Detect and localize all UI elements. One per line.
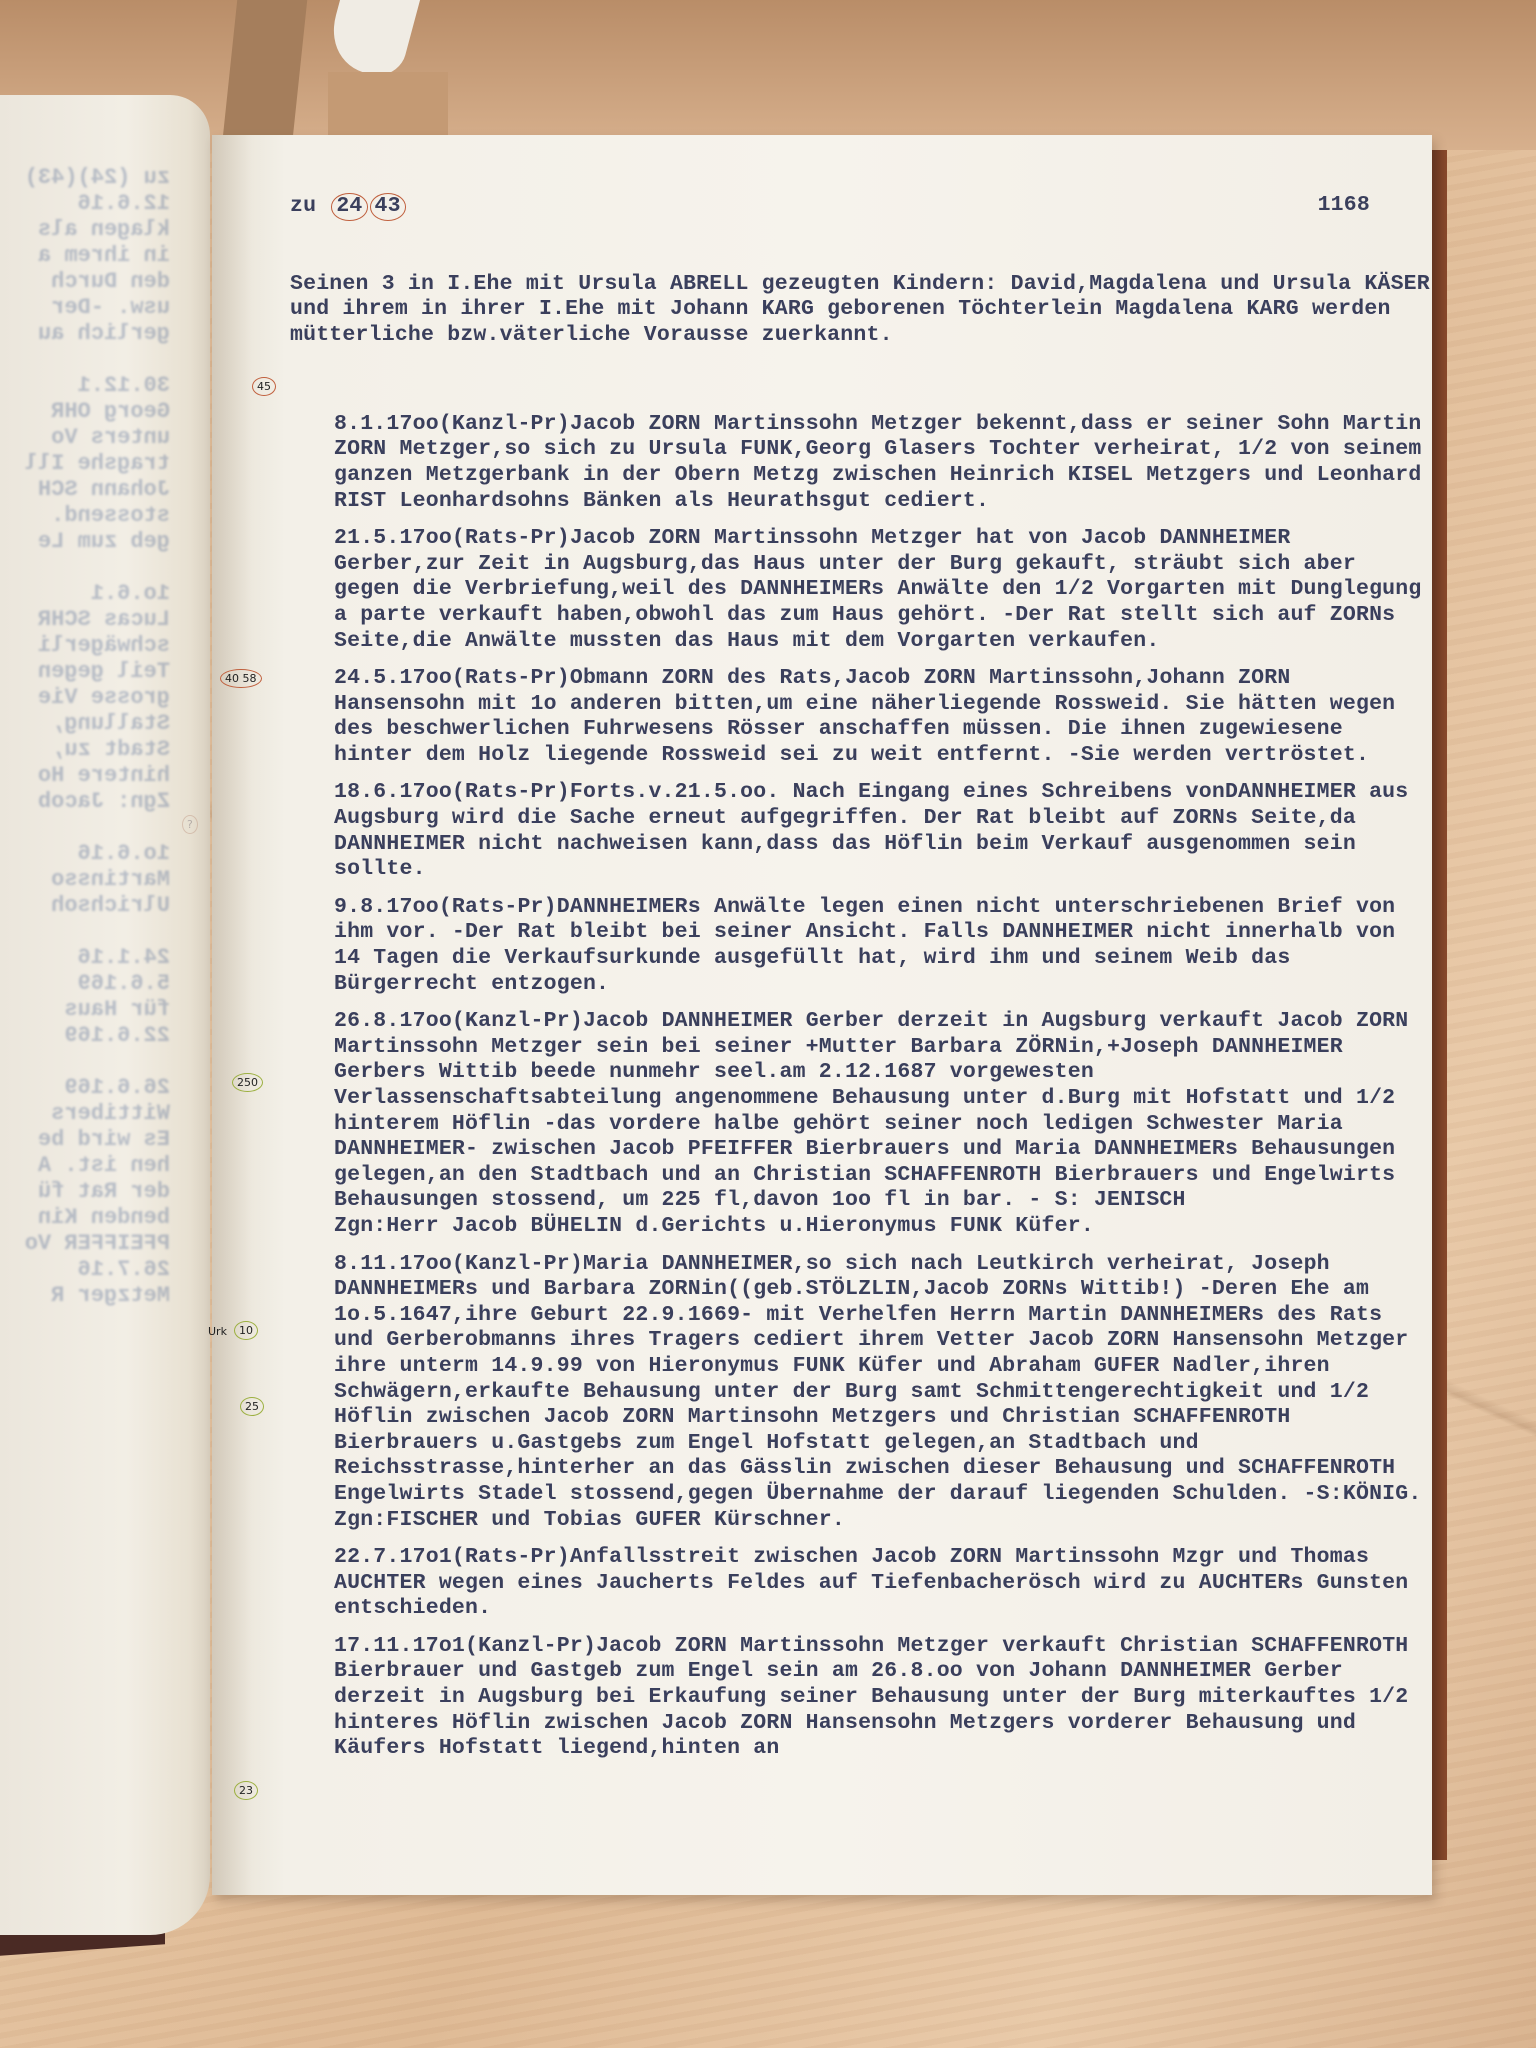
entry-date: 9.8.17oo — [334, 895, 439, 919]
ledger-entry: 22.7.17o1(Rats-Pr)Anfallsstreit zwischen… — [290, 1545, 1430, 1622]
book-tabs — [220, 0, 430, 140]
margin-note: 25 — [240, 1397, 264, 1416]
tab-divider-tan — [328, 72, 448, 138]
reference-number-circled: 24 — [331, 193, 367, 221]
ledger-entry: 8.1.17oo(Kanzl-Pr)Jacob ZORN Martinssohn… — [290, 412, 1430, 514]
entry-source: (Kanzl-Pr) — [452, 1009, 583, 1033]
margin-note: 23 — [234, 1781, 258, 1800]
ledger-entry: 18.6.17oo(Rats-Pr)Forts.v.21.5.oo. Nach … — [290, 780, 1430, 882]
ledger-entry: 24.5.17oo(Rats-Pr)Obmann ZORN des Rats,J… — [290, 666, 1430, 768]
entry-source: (Rats-Pr) — [452, 780, 570, 804]
entry-date: 8.1.17oo — [334, 412, 439, 436]
entry-date: 24.5.17oo — [334, 666, 452, 690]
entry-date: 22.7.17o1 — [334, 1545, 452, 1569]
margin-note-prefix: Urk — [208, 1323, 227, 1340]
entry-source: (Kanzl-Pr) — [465, 1634, 596, 1658]
entry-date: 17.11.17o1 — [334, 1634, 465, 1658]
entry-text: 18.6.17oo(Rats-Pr)Forts.v.21.5.oo. Nach … — [290, 780, 1430, 882]
entry-body: Maria DANNHEIMER,so sich nach Leutkirch … — [334, 1252, 1421, 1532]
entry-source: (Rats-Pr) — [452, 666, 570, 690]
margin-note: 45 — [252, 377, 276, 396]
entry-text: 24.5.17oo(Rats-Pr)Obmann ZORN des Rats,J… — [290, 666, 1430, 768]
reference: zu 2443 — [290, 193, 406, 221]
entries-list: 8.1.17oo(Kanzl-Pr)Jacob ZORN Martinssohn… — [290, 412, 1430, 1762]
entry-source: (Rats-Pr) — [452, 526, 570, 550]
ledger-entry: 9.8.17oo(Rats-Pr)DANNHEIMERs Anwälte leg… — [290, 895, 1430, 997]
intro-text: Seinen 3 in I.Ehe mit Ursula ABRELL geze… — [290, 272, 1430, 349]
ledger-entry: 8.11.17oo(Kanzl-Pr)Maria DANNHEIMER,so s… — [290, 1252, 1430, 1534]
showthrough-text: zu (24)(43) 12.6.16 klagen als in ihrem … — [0, 165, 170, 1309]
entry-source: (Kanzl-Pr) — [439, 412, 570, 436]
entry-date: 21.5.17oo — [334, 526, 452, 550]
margin-note: 250 — [232, 1073, 263, 1092]
entry-text: 26.8.17oo(Kanzl-Pr)Jacob DANNHEIMER Gerb… — [290, 1009, 1430, 1239]
left-page: zu (24)(43) 12.6.16 klagen als in ihrem … — [0, 95, 210, 1935]
reference-prefix: zu — [290, 194, 316, 218]
tab-divider-white — [320, 0, 420, 75]
ledger-entry: 21.5.17oo(Rats-Pr)Jacob ZORN Martinssohn… — [290, 526, 1430, 654]
entry-text: 22.7.17o1(Rats-Pr)Anfallsstreit zwischen… — [290, 1545, 1430, 1622]
reference-number-circled: 43 — [370, 193, 406, 221]
entry-date: 8.11.17oo — [334, 1252, 452, 1276]
entry-body: Jacob DANNHEIMER Gerber derzeit in Augsb… — [334, 1009, 1422, 1238]
entry-text: 21.5.17oo(Rats-Pr)Jacob ZORN Martinssohn… — [290, 526, 1430, 654]
margin-note: 10 — [234, 1321, 258, 1340]
entry-text: 8.1.17oo(Kanzl-Pr)Jacob ZORN Martinssohn… — [290, 412, 1430, 514]
right-page: 45 40 58 250 Urk 10 25 23 ? zu 2443 1168… — [212, 135, 1432, 1895]
ledger-entry: 26.8.17oo(Kanzl-Pr)Jacob DANNHEIMER Gerb… — [290, 1009, 1430, 1239]
entry-source: (Rats-Pr) — [439, 895, 557, 919]
entry-text: 8.11.17oo(Kanzl-Pr)Maria DANNHEIMER,so s… — [290, 1252, 1430, 1534]
entry-source: (Kanzl-Pr) — [452, 1252, 583, 1276]
margin-note-faint: ? — [182, 815, 198, 834]
margin-note: 40 58 — [220, 669, 262, 688]
entry-text: 17.11.17o1(Kanzl-Pr)Jacob ZORN Martinsso… — [290, 1634, 1430, 1762]
entry-date: 18.6.17oo — [334, 780, 452, 804]
entry-date: 26.8.17oo — [334, 1009, 452, 1033]
page-content: zu 2443 1168 Seinen 3 in I.Ehe mit Ursul… — [290, 193, 1430, 1774]
entry-source: (Rats-Pr) — [452, 1545, 570, 1569]
page-number: 1168 — [1318, 193, 1370, 221]
intro-paragraph: Seinen 3 in I.Ehe mit Ursula ABRELL geze… — [290, 221, 1430, 400]
page-header: zu 2443 1168 — [290, 193, 1370, 221]
entry-text: 9.8.17oo(Rats-Pr)DANNHEIMERs Anwälte leg… — [290, 895, 1430, 997]
gutter-shadow — [212, 135, 252, 1895]
tab-divider-dark — [223, 0, 308, 138]
ledger-entry: 17.11.17o1(Kanzl-Pr)Jacob ZORN Martinsso… — [290, 1634, 1430, 1762]
